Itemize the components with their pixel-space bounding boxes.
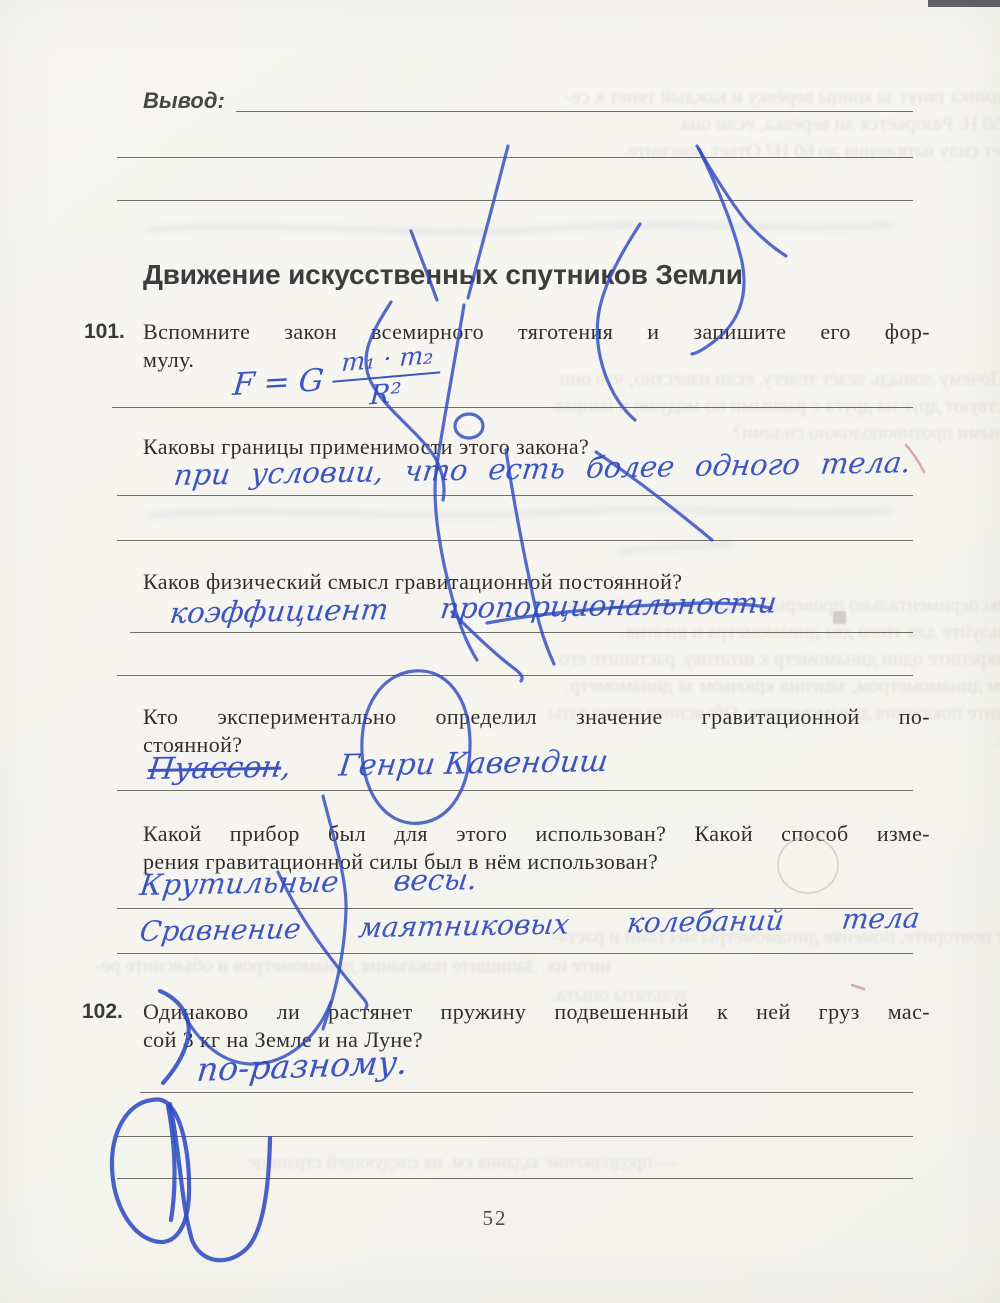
ruled-line: [117, 540, 913, 541]
formula-fraction: m₁ · m₂ R²: [331, 339, 443, 414]
problem-101-number: 101.: [84, 320, 125, 344]
answer-name: Генри Кавендиш: [337, 744, 610, 784]
ruled-line: [117, 790, 913, 791]
question-device-line1: Какой прибор был для этого использован? …: [143, 820, 930, 848]
ruled-line: [140, 1092, 913, 1093]
workbook-page: 98. Два мальчика тянут за концы верёвку …: [0, 0, 1000, 1303]
ruled-line: [117, 675, 913, 676]
ruled-line: [236, 111, 913, 112]
bleedthrough-checkbox-icon: [833, 611, 846, 624]
problem-101-text-line2: мулу.: [143, 346, 194, 374]
bleedthrough-text: 98. Два мальчика тянут за концы верёвку …: [565, 84, 1000, 165]
problem-101-text-line1: Вспомните закон всемирного тяготения и з…: [143, 318, 930, 346]
formula-F: F: [231, 366, 256, 403]
red-pen-mark: [852, 985, 864, 989]
ruled-line: [117, 157, 913, 158]
ruled-line: [117, 200, 913, 201]
struck-word: Пуассон: [146, 750, 284, 787]
formula-equals: =: [262, 364, 291, 401]
ruled-line: [117, 953, 913, 954]
conclusion-label: Вывод:: [143, 88, 225, 114]
bleedthrough-squiggle: [150, 509, 888, 515]
bleedthrough-text: ните их. Запишите показания динамометров…: [95, 953, 611, 980]
handwritten-answer-102: по-разному.: [195, 1043, 410, 1089]
ruled-line: [117, 1136, 913, 1137]
formula-denominator: R²: [369, 378, 402, 412]
scan-edge-artifact: [928, 0, 1000, 7]
problem-102-text-line1: Одинаково ли растянет пружину подвешенны…: [143, 998, 930, 1026]
question-who-line1: Кто экспериментально определил значение …: [143, 703, 930, 731]
pen-scribble-loop: [112, 1100, 189, 1243]
handwritten-formula: F = G m₁ · m₂ R²: [230, 341, 444, 418]
problem-102-number: 102.: [82, 1000, 123, 1024]
formula-numerator: m₁ · m₂: [333, 339, 443, 382]
formula-G: G: [297, 362, 325, 399]
pen-scribble-u: [170, 1104, 270, 1260]
ruled-line: [117, 495, 913, 496]
handwritten-answer-who: Пуассон,Генри Кавендиш: [146, 744, 610, 787]
bleedthrough-squiggle: [150, 225, 892, 232]
ruled-line: [117, 1178, 913, 1179]
bleedthrough-squiggle: [620, 544, 730, 552]
bleedthrough-footer: — продолжение задания см. на следующей с…: [248, 1149, 676, 1176]
handwritten-answer-device-line1: Крутильныевесы.: [138, 862, 479, 902]
page-number: 52: [455, 1206, 535, 1231]
pen-scribble-loop-inner: [168, 1106, 175, 1220]
section-title: Движение искусственных спутников Земли: [143, 259, 743, 291]
ruled-line: [130, 632, 913, 633]
